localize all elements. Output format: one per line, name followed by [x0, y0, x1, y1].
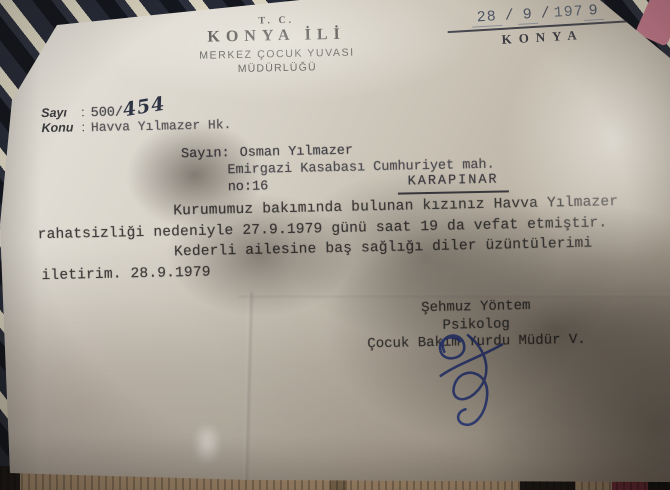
stamp-place: KONYA — [448, 24, 631, 51]
letterhead-institution: MERKEZ ÇOCUK YUVASI — [184, 46, 370, 62]
signature-ink — [410, 322, 542, 440]
stamp-month: 9 — [517, 6, 538, 25]
recipient-house-no: no:16 — [228, 179, 269, 195]
recipient-district: KARAPINAR — [398, 171, 509, 194]
letter-paper: T. C. KONYA İLİ MERKEZ ÇOCUK YUVASI MÜDÜ… — [0, 0, 670, 490]
stamp-year-digit: 9 — [583, 2, 604, 21]
sayi-label: Sayı — [41, 105, 79, 120]
letter-body: Kurumumuz bakımında bulunan kızınız Havv… — [37, 192, 644, 287]
stamp-separator: / — [504, 7, 515, 25]
letterhead: T. C. KONYA İLİ MERKEZ ÇOCUK YUVASI MÜDÜ… — [183, 13, 370, 76]
photo-scene: T. C. KONYA İLİ MERKEZ ÇOCUK YUVASI MÜDÜ… — [0, 0, 670, 490]
konu-colon: : — [81, 120, 85, 134]
fold-crease-horizontal — [238, 294, 670, 297]
konu-row: Konu : Havva Yılmazer Hk. — [41, 117, 231, 142]
sayi-colon: : — [81, 105, 85, 119]
white-smudge — [192, 422, 222, 466]
salutation: Sayın: — [181, 146, 230, 162]
letter-content: T. C. KONYA İLİ MERKEZ ÇOCUK YUVASI MÜDÜ… — [0, 0, 670, 490]
stamp-day: 28 — [471, 8, 502, 28]
letterhead-province: KONYA İLİ — [183, 25, 369, 47]
stamp-year-prefix: 197 — [553, 3, 584, 22]
konu-value: Havva Yılmazer Hk. — [91, 117, 232, 135]
recipient-block: Sayın:Osman Yılmazer Emirgazi Kasabası C… — [181, 140, 495, 199]
stamp-separator: / — [540, 5, 551, 23]
sayi-number-handwritten: 454 — [121, 93, 167, 122]
letterhead-directorate: MÜDÜRLÜĞÜ — [184, 60, 370, 76]
konu-label: Konu — [41, 120, 79, 135]
reference-block: Sayı : 500/ 454 Konu : Havva Yılmazer Hk… — [41, 96, 232, 142]
date-stamp: 28/9/1979 KONYA — [446, 0, 630, 51]
recipient-name: Osman Yılmazer — [240, 144, 354, 161]
